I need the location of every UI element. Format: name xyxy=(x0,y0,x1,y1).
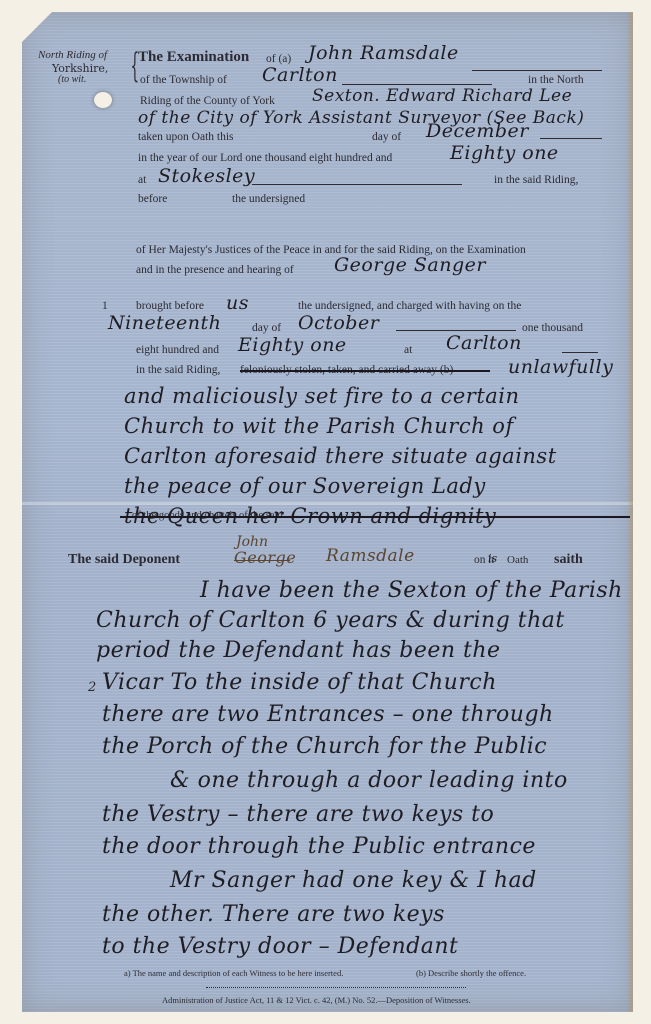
thousand-label: one thousand xyxy=(522,322,583,334)
strikethrough xyxy=(120,516,630,518)
footnote-b: (b) Describe shortly the offence. xyxy=(416,968,526,978)
riding-label: in the said Riding, xyxy=(494,174,578,186)
charge-place: Carlton xyxy=(446,332,522,354)
deponent-struck-name: George xyxy=(234,548,296,567)
oath-label: taken upon Oath this xyxy=(138,131,234,143)
examinee-name: John Ramsdale xyxy=(308,42,459,64)
deposition-line-10: the other. There are two keys xyxy=(102,902,445,927)
torn-corner xyxy=(22,12,52,42)
charged-label: the undersigned, and charged with having… xyxy=(298,300,521,312)
deposition-line-5: the Porch of the Church for the Public xyxy=(102,734,547,759)
offence-line-0: unlawfully xyxy=(508,356,613,378)
before-label: before xyxy=(138,193,167,205)
month-value: December xyxy=(426,120,529,142)
paper-edge xyxy=(627,12,633,1012)
charge-riding-label: in the said Riding, xyxy=(136,364,220,376)
rule xyxy=(342,84,492,85)
rule xyxy=(540,138,602,139)
strikethrough xyxy=(234,560,290,561)
rule xyxy=(396,330,516,331)
deposition-line-2: period the Defendant has been the xyxy=(96,638,501,663)
dotted-rule xyxy=(206,987,466,988)
charge-day-value: Nineteenth xyxy=(108,312,221,334)
hundred-label: eight hundred and xyxy=(136,344,219,356)
offence-line-3: Carlton aforesaid there situate against xyxy=(124,444,557,468)
justices-line2: and in the presence and hearing of xyxy=(136,264,294,276)
place-value: Stokesley xyxy=(158,165,255,187)
punched-hole xyxy=(94,92,112,108)
year-label: in the year of our Lord one thousand eig… xyxy=(138,152,392,164)
north-label: in the North xyxy=(528,74,584,86)
deponent-label: The said Deponent xyxy=(68,552,180,568)
act-reference: Administration of Justice Act, 11 & 12 V… xyxy=(162,995,471,1005)
occupation-and-second-name: Sexton. Edward Richard Lee xyxy=(312,86,572,106)
strikethrough xyxy=(240,370,490,372)
defendant-name: George Sanger xyxy=(334,254,486,276)
footnote-a: a) The name and description of each Witn… xyxy=(124,968,343,978)
margin-mark-2: 2 xyxy=(88,680,96,695)
at-label: at xyxy=(138,174,146,186)
county-label: Riding of the County of York xyxy=(140,95,275,107)
charge-year-value: Eighty one xyxy=(238,334,347,356)
oath-label: Oath xyxy=(507,554,528,566)
margin-note-line1: North Riding of xyxy=(38,49,107,61)
deposition-sheet: North Riding of Yorkshire, (to wit. { Th… xyxy=(22,12,633,1012)
deposition-line-4: there are two Entrances – one through xyxy=(102,702,554,727)
deposition-line-3: Vicar To the inside of that Church xyxy=(102,670,497,695)
deposition-line-6: & one through a door leading into xyxy=(170,768,568,793)
deposition-line-11: to the Vestry door – Defendant xyxy=(102,934,458,959)
offence-line-2: Church to wit the Parish Church of xyxy=(124,414,514,438)
township-value: Carlton xyxy=(262,64,338,86)
charge-at-label: at xyxy=(404,344,412,356)
deponent-surname: Ramsdale xyxy=(326,546,415,566)
charge-month: October xyxy=(298,312,379,334)
oath-is-hand: is xyxy=(488,552,497,565)
day-of-label: day of xyxy=(372,131,401,143)
deposition-line-8: the door through the Public entrance xyxy=(102,834,536,859)
township-label: of the Township of xyxy=(140,74,227,86)
examination-title: The Examination xyxy=(138,49,249,66)
rule xyxy=(252,184,462,185)
offence-line-1: and maliciously set fire to a certain xyxy=(124,384,520,408)
brought-label: brought before xyxy=(136,300,204,312)
deposition-line-1: Church of Carlton 6 years & during that xyxy=(96,608,565,633)
charge-day-of-label: day of xyxy=(252,322,281,334)
saith-label: saith xyxy=(554,552,583,568)
deposition-line-9: Mr Sanger had one key & I had xyxy=(170,868,537,893)
offence-line-4: the peace of our Sovereign Lady xyxy=(124,474,486,498)
deposition-line-7: the Vestry – there are two keys to xyxy=(102,802,494,827)
undersigned-label: the undersigned xyxy=(232,193,305,205)
rule xyxy=(472,70,602,71)
year-value: Eighty one xyxy=(450,142,559,164)
deposition-line-0: I have been the Sexton of the Parish xyxy=(200,578,623,603)
brought-value: us xyxy=(226,292,249,314)
margin-mark-1: 1 xyxy=(102,300,108,312)
margin-note-line3: (to wit. xyxy=(58,74,86,85)
rule xyxy=(562,352,598,353)
